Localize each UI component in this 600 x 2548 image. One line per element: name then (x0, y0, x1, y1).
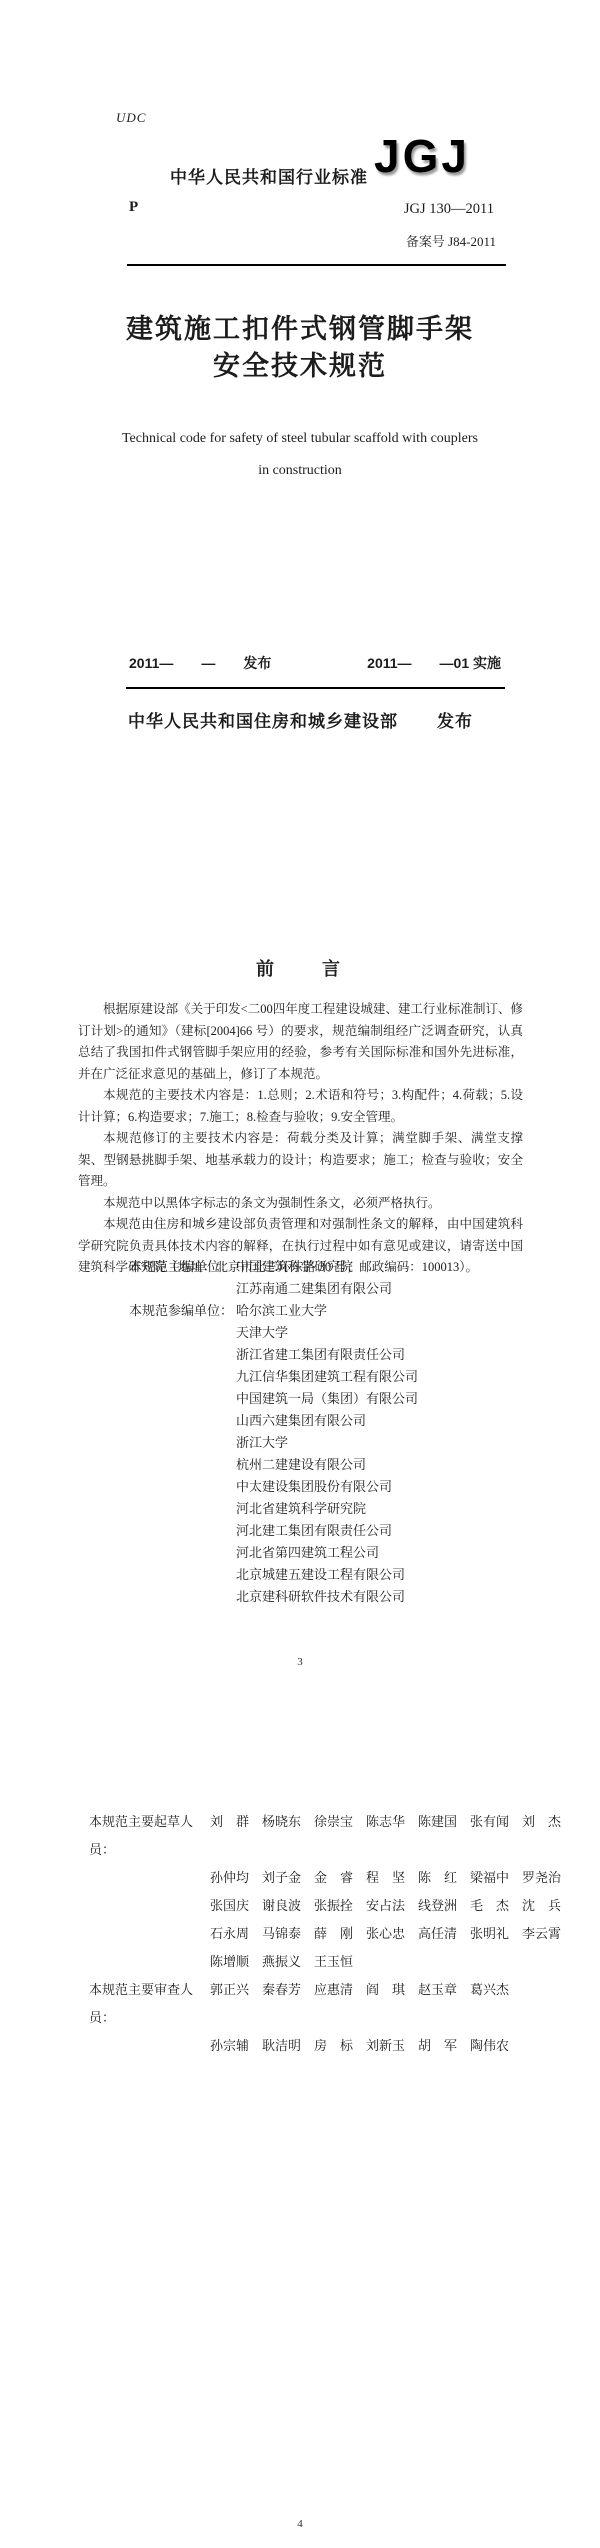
unit-name: 北京城建五建设工程有限公司 (236, 1564, 405, 1586)
name-label-spacer (89, 1864, 210, 1892)
unit-label-spacer (129, 1278, 236, 1300)
unit-name: 杭州二建建设有限公司 (236, 1454, 366, 1476)
unit-label-spacer (129, 1498, 236, 1520)
foreword-paragraph: 根据原建设部《关于印发<二00四年度工程建设城建、建工行业标准制订、修订计划>的… (78, 999, 523, 1085)
unit-label-spacer (129, 1388, 236, 1410)
unit-label-spacer (129, 1322, 236, 1344)
title-english-line2: in construction (0, 455, 600, 487)
title-english-line1: Technical code for safety of steel tubul… (0, 423, 600, 455)
unit-name: 河北建工集团有限责任公司 (236, 1520, 392, 1542)
issue-date: 2011— — 发布 (129, 653, 271, 673)
unit-name: 中太建设集团股份有限公司 (236, 1476, 392, 1498)
title-english: Technical code for safety of steel tubul… (0, 423, 600, 487)
participant-row: 中国建筑一局（集团）有限公司 (129, 1388, 549, 1410)
title-chinese-line2: 安全技术规范 (0, 348, 600, 385)
reviewers-line: 郭正兴 秦春芳 应惠清 阎 琪 赵玉章 葛兴杰 (210, 1976, 509, 2032)
unit-name: 天津大学 (236, 1322, 288, 1344)
drafters-row: 张国庆 谢良波 张振拴 安占法 线登洲 毛 杰 沈 兵 (89, 1892, 569, 1920)
unit-name: 河北省建筑科学研究院 (236, 1498, 366, 1520)
foreword-paragraph: 本规范修订的主要技术内容是：荷载分类及计算；满堂脚手架、满堂支撑架、型钢悬挑脚手… (78, 1128, 523, 1193)
unit-name: 浙江省建工集团有限责任公司 (236, 1344, 405, 1366)
unit-name: 山西六建集团有限公司 (236, 1410, 366, 1432)
unit-label-spacer (129, 1542, 236, 1564)
name-label-spacer (89, 2032, 210, 2060)
unit-label-spacer (129, 1366, 236, 1388)
participant-row: 本规范参编单位： 哈尔滨工业大学 (129, 1300, 549, 1322)
page-number-4: 4 (0, 2518, 600, 2530)
drafters-line: 陈增顺 燕振义 王玉恒 (210, 1948, 353, 1976)
participant-row: 浙江省建工集团有限责任公司 (129, 1344, 549, 1366)
issuer-action-label: 发布 (437, 707, 473, 732)
unit-name: 中国建筑科学研究院 (236, 1256, 353, 1278)
unit-label-spacer (129, 1344, 236, 1366)
participant-label: 本规范参编单位： (129, 1300, 236, 1322)
participant-row: 九江信华集团建筑工程有限公司 (129, 1366, 549, 1388)
participant-row: 杭州二建建设有限公司 (129, 1454, 549, 1476)
unit-label-spacer (129, 1520, 236, 1542)
unit-label-spacer (129, 1476, 236, 1498)
foreword-paragraph: 本规范中以黑体字标志的条文为强制性条文，必须严格执行。 (78, 1193, 523, 1215)
drafters-row: 本规范主要起草人员： 刘 群 杨晓东 徐崇宝 陈志华 陈建国 张有闻 刘 杰 (89, 1808, 569, 1864)
foreword-body: 根据原建设部《关于印发<二00四年度工程建设城建、建工行业标准制订、修订计划>的… (78, 999, 523, 1279)
footer-divider (126, 687, 505, 689)
page-number-3: 3 (0, 1656, 600, 1668)
reviewers-row: 本规范主要审查人员： 郭正兴 秦春芳 应惠清 阎 琪 赵玉章 葛兴杰 (89, 1976, 569, 2032)
personnel-block: 本规范主要起草人员： 刘 群 杨晓东 徐崇宝 陈志华 陈建国 张有闻 刘 杰 孙… (89, 1808, 569, 2060)
unit-label-spacer (129, 1454, 236, 1476)
standard-number: JGJ 130—2011 (404, 201, 494, 218)
record-number: 备案号 J84-2011 (406, 231, 496, 250)
reviewers-row: 孙宗辅 耿洁明 房 标 刘新玉 胡 军 陶伟农 (89, 2032, 569, 2060)
name-label-spacer (89, 1892, 210, 1920)
issuer-name: 中华人民共和国住房和城乡建设部 (128, 707, 398, 732)
issuer-row: 中华人民共和国住房和城乡建设部 发布 (128, 707, 473, 732)
unit-name: 江苏南通二建集团有限公司 (236, 1278, 392, 1300)
chief-editor-label: 本规范主编单位： (129, 1256, 236, 1278)
participant-row: 河北省建筑科学研究院 (129, 1498, 549, 1520)
drafters-label: 本规范主要起草人员： (89, 1808, 210, 1864)
unit-name: 中国建筑一局（集团）有限公司 (236, 1388, 418, 1410)
participant-row: 中太建设集团股份有限公司 (129, 1476, 549, 1498)
foreword-paragraph: 本规范的主要技术内容是：1.总则；2.术语和符号；3.构配件；4.荷载；5.设计… (78, 1085, 523, 1128)
reviewers-line: 孙宗辅 耿洁明 房 标 刘新玉 胡 军 陶伟农 (210, 2032, 509, 2060)
unit-label-spacer (129, 1564, 236, 1586)
participant-row: 山西六建集团有限公司 (129, 1410, 549, 1432)
drafters-line: 石永周 马锦泰 薛 刚 张心忠 高任清 张明礼 李云霄 (210, 1920, 561, 1948)
drafters-row: 孙仲均 刘子金 金 睿 程 坚 陈 红 梁福中 罗尧治 (89, 1864, 569, 1892)
editing-units: 本规范主编单位： 中国建筑科学研究院 江苏南通二建集团有限公司 本规范参编单位：… (129, 1256, 549, 1608)
foreword-heading: 前 言 (0, 955, 600, 981)
participant-row: 北京城建五建设工程有限公司 (129, 1564, 549, 1586)
name-label-spacer (89, 1948, 210, 1976)
participant-row: 天津大学 (129, 1322, 549, 1344)
reviewers-label: 本规范主要审查人员： (89, 1976, 210, 2032)
participant-row: 浙江大学 (129, 1432, 549, 1454)
unit-label-spacer (129, 1410, 236, 1432)
drafters-line: 孙仲均 刘子金 金 睿 程 坚 陈 红 梁福中 罗尧治 (210, 1864, 561, 1892)
classification-code: P (129, 199, 138, 216)
date-row: 2011— — 发布 2011— —01 实施 (129, 653, 501, 673)
name-label-spacer (89, 1920, 210, 1948)
unit-name: 北京建科研软件技术有限公司 (236, 1586, 405, 1608)
drafters-row: 陈增顺 燕振义 王玉恒 (89, 1948, 569, 1976)
unit-label-spacer (129, 1432, 236, 1454)
chief-editor-row: 本规范主编单位： 中国建筑科学研究院 (129, 1256, 549, 1278)
title-chinese: 建筑施工扣件式钢管脚手架 安全技术规范 (0, 311, 600, 385)
chief-editor-row: 江苏南通二建集团有限公司 (129, 1278, 549, 1300)
participant-row: 河北省第四建筑工程公司 (129, 1542, 549, 1564)
unit-name: 浙江大学 (236, 1432, 288, 1454)
unit-name: 哈尔滨工业大学 (236, 1300, 327, 1322)
participant-row: 北京建科研软件技术有限公司 (129, 1586, 549, 1608)
drafters-line: 张国庆 谢良波 张振拴 安占法 线登洲 毛 杰 沈 兵 (210, 1892, 561, 1920)
standard-type-label: 中华人民共和国行业标准 (170, 163, 368, 188)
unit-label-spacer (129, 1586, 236, 1608)
unit-name: 九江信华集团建筑工程有限公司 (236, 1366, 418, 1388)
unit-name: 河北省第四建筑工程公司 (236, 1542, 379, 1564)
implement-date: 2011— —01 实施 (367, 653, 501, 673)
participant-row: 河北建工集团有限责任公司 (129, 1520, 549, 1542)
header-divider (127, 264, 506, 266)
drafters-row: 石永周 马锦泰 薛 刚 张心忠 高任清 张明礼 李云霄 (89, 1920, 569, 1948)
title-chinese-line1: 建筑施工扣件式钢管脚手架 (0, 311, 600, 348)
udc-label: UDC (116, 110, 146, 126)
jgj-logo: JGJ (374, 131, 470, 182)
drafters-line: 刘 群 杨晓东 徐崇宝 陈志华 陈建国 张有闻 刘 杰 (210, 1808, 561, 1864)
